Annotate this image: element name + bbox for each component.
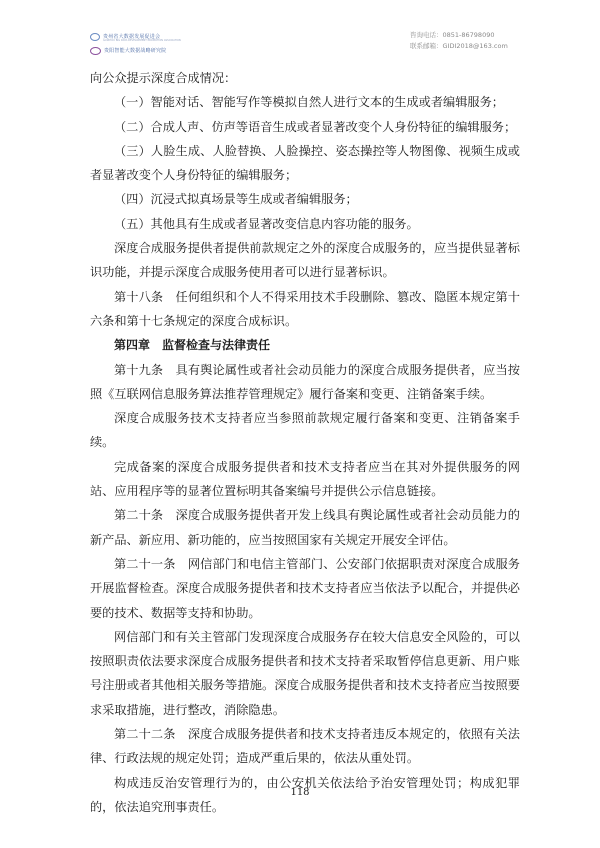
list-item: （五）其他具有生成或者显著改变信息内容功能的服务。 (90, 212, 520, 236)
paragraph: 网信部门和有关主管部门发现深度合成服务存在较大信息安全风险的，可以按照职责依法要… (90, 625, 520, 722)
phone-label: 咨询电话： (410, 31, 443, 39)
phone-value: 0851-86798090 (443, 31, 495, 39)
article-21: 第二十一条 网信部门和电信主管部门、公安部门依据职责对深度合成服务开展监督检查。… (90, 552, 520, 625)
email-value: GIDI2018@163.com (443, 42, 508, 50)
paragraph: 深度合成服务提供者提供前款规定之外的深度合成服务的，应当提供显著标识功能，并提示… (90, 236, 520, 285)
article-20: 第二十条 深度合成服务提供者开发上线具有舆论属性或者社会动员能力的新产品、新应用… (90, 503, 520, 552)
document-body: 向公众提示深度合成情况： （一）智能对话、智能写作等模拟自然人进行文本的生成或者… (90, 66, 520, 819)
list-item: （二）合成人声、仿声等语音生成或者显著改变个人身份特征的编辑服务； (90, 115, 520, 139)
page-header: 贵州省大数据发展促进会 GUIZHOU BIG DATA DEVELOPMENT… (0, 0, 600, 60)
article-19: 第十九条 具有舆论属性或者社会动员能力的深度合成服务提供者，应当按照《互联网信息… (90, 358, 520, 407)
paragraph: 完成备案的深度合成服务提供者和技术支持者应当在其对外提供服务的网站、应用程序等的… (90, 455, 520, 504)
paragraph: 深度合成服务技术支持者应当参照前款规定履行备案和变更、注销备案手续。 (90, 406, 520, 455)
association-logo-icon (90, 33, 100, 41)
page-number: 118 (0, 787, 600, 798)
contact-email: 联系邮箱：GIDI2018@163.com (410, 41, 508, 52)
logo-subtitle: GUIZHOU BIG DATA DEVELOPMENT PROMOTION A… (103, 39, 181, 42)
contact-info: 咨询电话：0851-86798090 联系邮箱：GIDI2018@163.com (410, 30, 508, 52)
list-item: （四）沉浸式拟真场景等生成或者编辑服务； (90, 187, 520, 211)
article-18: 第十八条 任何组织和个人不得采用技术手段删除、篡改、隐匿本规定第十六条和第十七条… (90, 285, 520, 334)
list-item: （三）人脸生成、人脸替换、人脸操控、姿态操控等人物图像、视频生成或者显著改变个人… (90, 139, 520, 188)
organization-logos: 贵州省大数据发展促进会 GUIZHOU BIG DATA DEVELOPMENT… (90, 31, 170, 55)
logo-research-institute: 贵阳智能大数据战略研究院 (90, 45, 170, 56)
institute-logo-icon (90, 47, 101, 55)
article-22: 第二十二条 深度合成服务提供者和技术支持者违反本规定的，依照有关法律、行政法规的… (90, 722, 520, 771)
paragraph: 向公众提示深度合成情况： (90, 66, 520, 90)
chapter-heading: 第四章 监督检查与法律责任 (90, 333, 520, 357)
logo-promotion-association: 贵州省大数据发展促进会 GUIZHOU BIG DATA DEVELOPMENT… (90, 31, 170, 42)
email-label: 联系邮箱： (410, 42, 443, 50)
contact-phone: 咨询电话：0851-86798090 (410, 30, 508, 41)
list-item: （一）智能对话、智能写作等模拟自然人进行文本的生成或者编辑服务； (90, 90, 520, 114)
logo-name: 贵阳智能大数据战略研究院 (104, 47, 166, 54)
